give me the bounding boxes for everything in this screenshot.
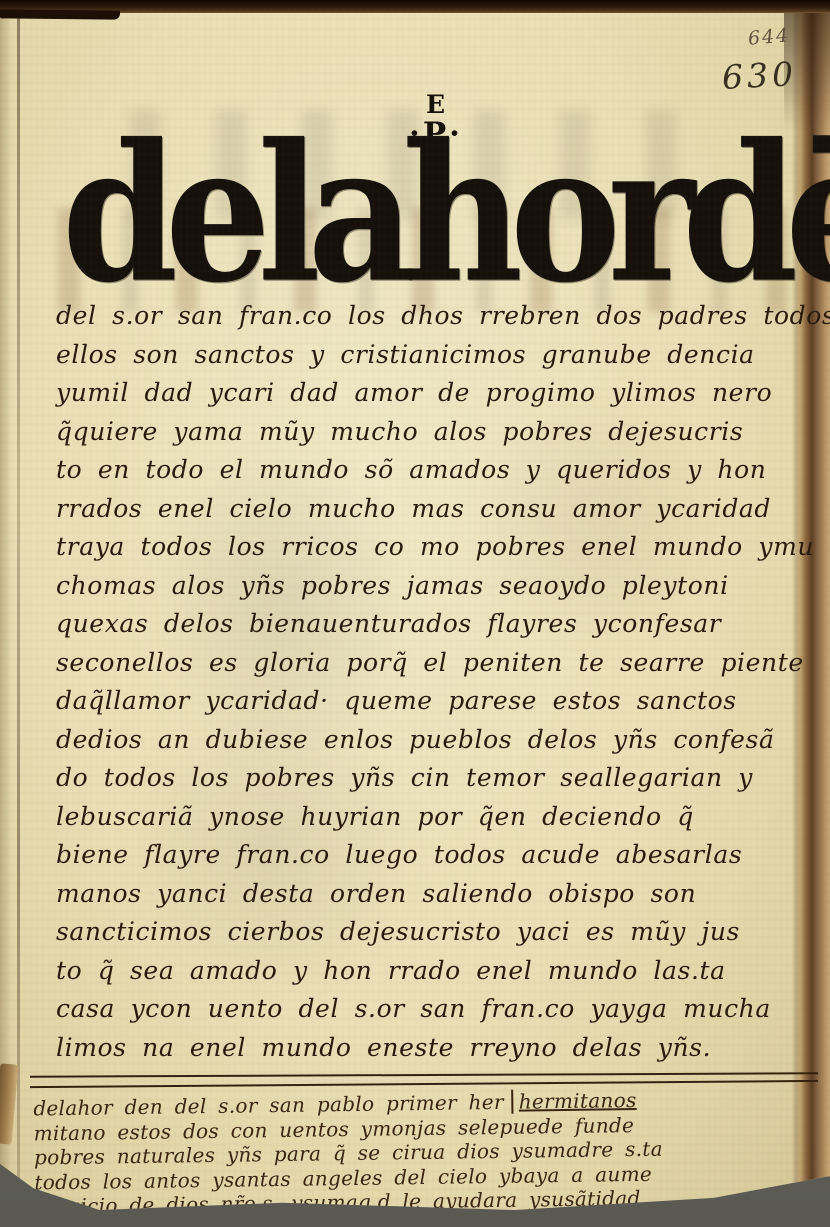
manuscript-line: casa ycon uento del s.or san fran.co yay… bbox=[56, 994, 804, 1033]
manuscript-line: seconellos es gloria porq̃ el peniten te… bbox=[56, 648, 804, 687]
footer-lines: mitano estos dos con uentos ymonjas sele… bbox=[34, 1110, 813, 1219]
manuscript-line: to en todo el mundo sõ amados y queridos… bbox=[56, 455, 804, 494]
manuscript-line: q̃quiere yama mũy mucho alos pobres deje… bbox=[56, 417, 804, 456]
manuscript-line: ellos son sanctos y cristianicimos granu… bbox=[56, 340, 804, 379]
manuscript-line: do todos los pobres yñs cin temor sealle… bbox=[56, 763, 804, 802]
manuscript-line: to q̃ sea amado y hon rrado enel mundo l… bbox=[56, 956, 804, 995]
manuscript-body: del s.or san fran.co los dhos rrebren do… bbox=[56, 301, 804, 1071]
manuscript-line: traya todos los rricos co mo pobres enel… bbox=[56, 532, 804, 571]
left-fold-crease bbox=[17, 12, 20, 1227]
manuscript-line: daq̃llamor ycaridad· queme parese estos … bbox=[56, 686, 804, 725]
footer-inserted-word: hermitanos bbox=[512, 1088, 637, 1114]
section-divider-rule bbox=[30, 1072, 818, 1078]
manuscript-line: biene flayre fran.co luego todos acude a… bbox=[56, 840, 804, 879]
manuscript-line: rrados enel cielo mucho mas consu amor y… bbox=[56, 494, 804, 533]
book-top-edge bbox=[0, 0, 830, 13]
folio-number-pencil: 644 bbox=[747, 24, 791, 50]
manuscript-line: sancticimos cierbos dejesucristo yaci es… bbox=[56, 917, 804, 956]
manuscript-line: del s.or san fran.co los dhos rrebren do… bbox=[56, 301, 804, 340]
manuscript-photo: 644 630 E ·P· delahordē del s.or san fra… bbox=[0, 0, 830, 1227]
manuscript-line: lebuscariã ynose huyrian por q̃en decien… bbox=[56, 802, 804, 841]
manuscript-line: dedios an dubiese enlos pueblos delos yñ… bbox=[56, 725, 804, 764]
footer-note-section: delahor den del s.or san pablo primer he… bbox=[33, 1086, 813, 1219]
manuscript-page: 644 630 E ·P· delahordē del s.or san fra… bbox=[0, 12, 830, 1227]
manuscript-line: limos na enel mundo eneste rreyno delas … bbox=[56, 1033, 804, 1072]
left-margin-shade bbox=[0, 12, 12, 1227]
manuscript-line: quexas delos bienauenturados flayres yco… bbox=[56, 609, 804, 648]
chapter-title-calligraphy: delahordē bbox=[62, 120, 830, 309]
manuscript-line: chomas alos yñs pobres jamas seaoydo ple… bbox=[56, 571, 804, 610]
binding-fragment bbox=[0, 1063, 18, 1144]
manuscript-line: yumil dad ycari dad amor de progimo ylim… bbox=[56, 378, 804, 417]
folio-number-ink: 630 bbox=[721, 54, 798, 97]
manuscript-line: manos yanci desta orden saliendo obispo … bbox=[56, 879, 804, 918]
